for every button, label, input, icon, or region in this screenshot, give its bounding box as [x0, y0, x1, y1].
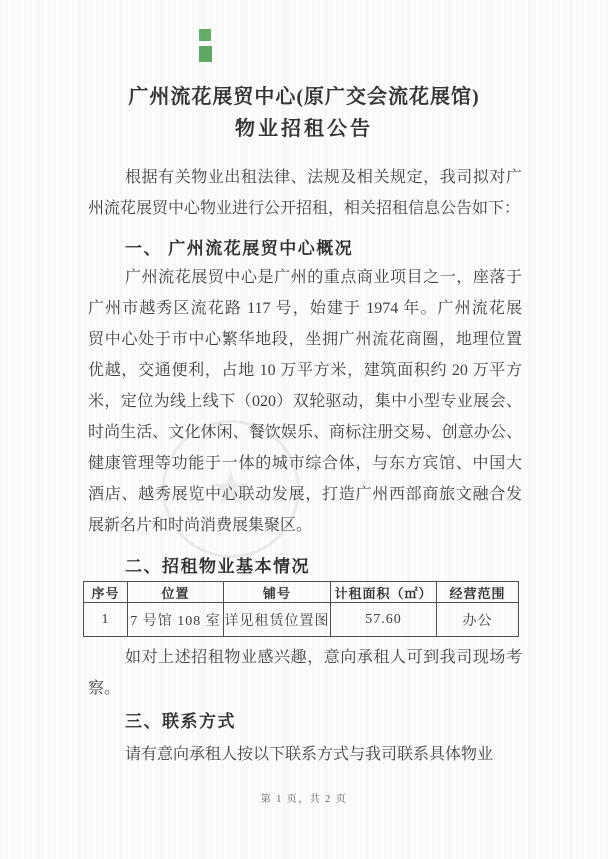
cell-seq: 1	[84, 603, 128, 637]
cell-business-scope: 办公	[437, 603, 519, 637]
text-line: 广州市越秀区流花路 117 号，始建于 1974 年。广州流花展	[88, 293, 522, 324]
intro-paragraph: 根据有关物业出租法律、法规及相关规定，我司拟对广州流花展贸中心物业进行公开招租，…	[88, 162, 522, 224]
star-icon: ★	[209, 465, 252, 513]
table-header-row: 序号 位置 铺号 计租面积（㎡） 经营范围	[84, 582, 519, 603]
table-header-location: 位置	[128, 582, 224, 603]
table-header-area: 计租面积（㎡）	[331, 582, 437, 603]
table-header-seq: 序号	[84, 582, 128, 603]
text-line: 察。	[88, 673, 522, 704]
scanned-document-page: ★ 广州流花展贸中心(原广交会流花展馆) 物业招租公告 根据有关物业出租法律、法…	[0, 0, 608, 859]
table-header-shop-no: 铺号	[224, 582, 331, 603]
cell-location: 7 号馆 108 室	[128, 603, 224, 637]
table-row: 1 7 号馆 108 室 详见租赁位置图 57.60 办公	[84, 603, 519, 637]
cell-shop-no: 详见租赁位置图	[224, 603, 331, 637]
cell-area: 57.60	[331, 603, 437, 637]
section1-body-paragraph: 广州流花展贸中心是广州的重点商业项目之一，座落于广州市越秀区流花路 117 号，…	[88, 262, 522, 541]
text-line: 如对上述招租物业感兴趣，意向承租人可到我司现场考	[88, 642, 522, 673]
document-title: 广州流花展贸中心(原广交会流花展馆)	[0, 80, 608, 109]
text-line: 酒店、越秀展览中心联动发展，打造广州西部商旅文融合发	[88, 479, 522, 510]
section3-heading: 三、联系方式	[88, 706, 522, 737]
text-line: 广州流花展贸中心是广州的重点商业项目之一，座落于	[88, 262, 522, 293]
section1-heading: 一、 广州流花展贸中心概况	[88, 233, 522, 264]
property-table: 序号 位置 铺号 计租面积（㎡） 经营范围 1 7 号馆 108 室 详见租赁位…	[83, 581, 519, 637]
text-line: 贸中心处于市中心繁华地段，坐拥广州流花商圈，地理位置	[88, 324, 522, 355]
table-header-business-scope: 经营范围	[437, 582, 519, 603]
text-line: 优越，交通便利，占地 10 万平方米，建筑面积约 20 万平方	[88, 355, 522, 386]
green-stamp-mark-top	[199, 29, 211, 41]
text-line: 时尚生活、文化休闲、餐饮娱乐、商标注册交易、创意办公、	[88, 417, 522, 448]
text-line: 健康管理等功能于一体的城市综合体，与东方宾馆、中国大	[88, 448, 522, 479]
inspection-note-paragraph: 如对上述招租物业感兴趣，意向承租人可到我司现场考察。	[88, 642, 522, 704]
green-stamp-mark-bottom	[199, 46, 212, 62]
text-line: 州流花展贸中心物业进行公开招租，相关招租信息公告如下：	[88, 193, 522, 224]
section3-body-paragraph: 请有意向承租人按以下联系方式与我司联系具体物业	[88, 739, 522, 770]
text-line: 展新名片和时尚消费展集聚区。	[88, 510, 522, 541]
text-line: 根据有关物业出租法律、法规及相关规定，我司拟对广	[88, 162, 522, 193]
document-subtitle: 物业招租公告	[0, 112, 608, 141]
page-number-footer: 第 1 页，共 2 页	[0, 790, 608, 805]
text-line: 米，定位为线上线下（020）双轮驱动，集中小型专业展会、	[88, 386, 522, 417]
text-line: 请有意向承租人按以下联系方式与我司联系具体物业	[88, 739, 522, 770]
section2-heading: 二、招租物业基本情况	[88, 551, 522, 582]
stamp-bleed-watermark: ★	[162, 420, 300, 558]
